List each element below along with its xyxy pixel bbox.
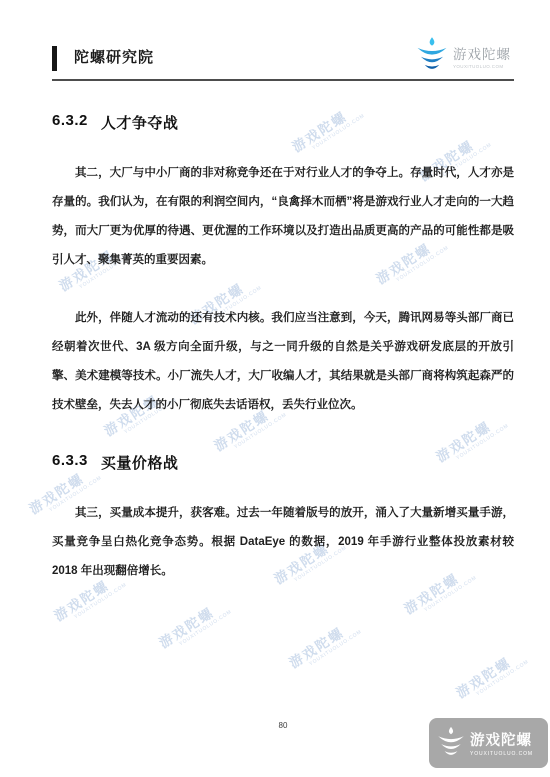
section-title: 人才争夺战 (101, 112, 179, 133)
paragraph: 其二，大厂与中小厂商的非对称竞争还在于对行业人才的争夺上。存量时代，人才亦是存量… (52, 159, 514, 275)
brand-logo-footer: 游戏陀螺 YOUXITUOLUO.COM (429, 718, 548, 768)
brand-logo-header: 游戏陀螺 YOUXITUOLUO.COM (415, 35, 511, 76)
brand-domain: YOUXITUOLUO.COM (470, 751, 533, 757)
watermark: 游戏陀螺YOUXITUOLUO.COM (287, 97, 366, 160)
section-title: 买量价格战 (101, 452, 179, 473)
spinning-top-icon (415, 35, 449, 76)
section-heading-633: 6.3.3 买量价格战 (52, 452, 178, 473)
brand-domain: YOUXITUOLUO.COM (453, 64, 511, 69)
watermark: 游戏陀螺YOUXITUOLUO.COM (284, 613, 363, 676)
header-title: 陀螺研究院 (74, 46, 154, 67)
brand-logo-text: 游戏陀螺 YOUXITUOLUO.COM (470, 729, 533, 757)
section-heading-632: 6.3.2 人才争夺战 (52, 112, 178, 133)
document-page: 游戏陀螺YOUXITUOLUO.COM游戏陀螺YOUXITUOLUO.COM游戏… (0, 0, 550, 777)
spinning-top-icon (436, 725, 466, 761)
watermark: 游戏陀螺YOUXITUOLUO.COM (451, 643, 530, 706)
header-divider (52, 79, 514, 81)
section-number: 6.3.3 (52, 452, 88, 473)
brand-name: 游戏陀螺 (453, 43, 511, 63)
watermark: 游戏陀螺YOUXITUOLUO.COM (154, 593, 233, 656)
header-accent-bar (52, 46, 57, 71)
brand-logo-text: 游戏陀螺 YOUXITUOLUO.COM (453, 43, 511, 69)
paragraph: 其三，买量成本提升，获客难。过去一年随着版号的放开，涌入了大量新增买量手游，买量… (52, 499, 514, 586)
brand-name: 游戏陀螺 (470, 729, 533, 750)
paragraph: 此外，伴随人才流动的还有技术内核。我们应当注意到，今天，腾讯网易等头部厂商已经朝… (52, 304, 514, 420)
section-number: 6.3.2 (52, 112, 88, 133)
